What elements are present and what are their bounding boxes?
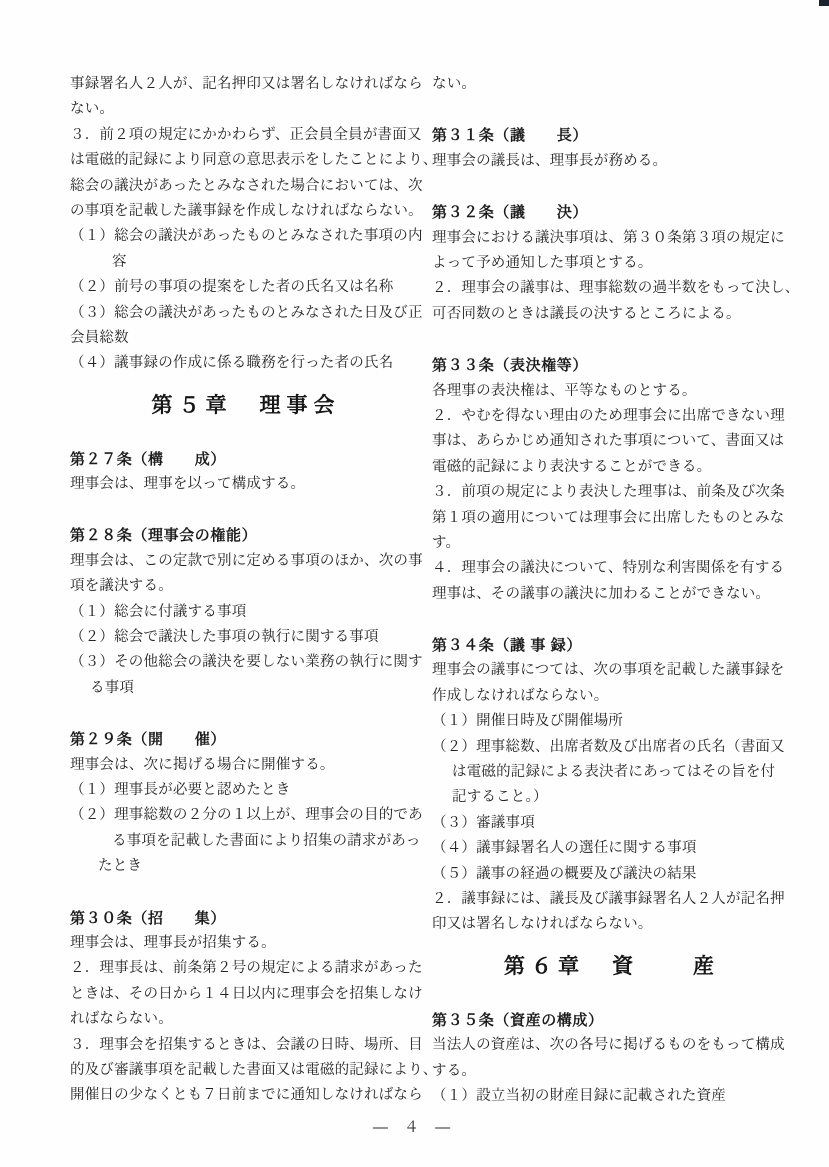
text-line: 可否同数のときは議長の決するところによる。	[432, 302, 792, 327]
text-line: （３）総会の議決があったものとみなされた日及び正	[70, 301, 422, 326]
text-line: 第１項の適用については理事会に出席したものとみな	[432, 506, 792, 531]
text-line: ２．やむを得ない理由のため理事会に出席できない理	[432, 404, 792, 429]
text-line: ３．前２項の規定にかかわらず、正会員全員が書面又	[70, 123, 422, 148]
text-line: 的及び審議事項を記載した書面又は電磁的記録により、	[70, 1058, 422, 1083]
article-heading: 第３０条（招 集）	[70, 906, 422, 931]
paragraph-block: 理事会は、理事長が招集する。２．理事長は、前条第２号の規定による請求があったとき…	[70, 931, 422, 1109]
text-line: （２）理事総数、出席者数及び出席者の氏名（書面又	[432, 735, 792, 760]
two-column-text-area: 事録署名人２人が、記名押印又は署名しなければならない。３．前２項の規定にかかわら…	[70, 72, 792, 1109]
paragraph-block: 理事会は、この定款で別に定める事項のほか、次の事項を議決する。（１）総会に付議す…	[70, 549, 422, 701]
text-line: は電磁的記録による表決者にあってはその旨を付	[432, 760, 792, 785]
text-line: ４．理事会の議決について、特別な利害関係を有する	[432, 556, 792, 581]
text-line: （１）理事長が必要と認めたとき	[70, 778, 422, 803]
document-page: 事録署名人２人が、記名押印又は署名しなければならない。３．前２項の規定にかかわら…	[0, 0, 829, 1167]
text-line: 記すること。）	[432, 785, 792, 810]
text-line: ない。	[70, 97, 422, 122]
text-line: 当法人の資産は、次の各号に掲げるものをもって構成	[432, 1033, 792, 1058]
text-line: ２．理事長は、前条第２号の規定による請求があった	[70, 956, 422, 981]
paragraph-block: 事録署名人２人が、記名押印又は署名しなければならない。３．前２項の規定にかかわら…	[70, 72, 422, 377]
right-column: ない。第３１条（議 長）理事会の議長は、理事長が務める。第３２条（議 決）理事会…	[432, 72, 792, 1109]
text-line: 項を議決する。	[70, 574, 422, 599]
text-line: する。	[432, 1059, 792, 1084]
text-line: 理事会における議決事項は、第３０条第３項の規定に	[432, 226, 792, 251]
text-line: 理事会は、理事を以って構成する。	[70, 472, 422, 497]
article-heading: 第２９条（開 催）	[70, 727, 422, 752]
text-line: たとき	[70, 854, 422, 879]
text-line: す。	[432, 531, 792, 556]
text-line: ときは、その日から１４日以内に理事会を招集しなけ	[70, 982, 422, 1007]
paragraph-block: 理事会の議長は、理事長が務める。	[432, 149, 792, 174]
text-line: 事は、あらかじめ通知された事項について、書面又は	[432, 429, 792, 454]
article-heading: 第３４条（議 事 録）	[432, 633, 792, 658]
text-line: 理事は、その議事の議決に加わることができない。	[432, 582, 792, 607]
text-line: ３．前項の規定により表決した理事は、前条及び次条	[432, 480, 792, 505]
chapter-heading: 第６章 資 産	[432, 952, 792, 982]
text-line: ２．理事会の議事は、理事総数の過半数をもって決し、	[432, 276, 792, 301]
left-column: 事録署名人２人が、記名押印又は署名しなければならない。３．前２項の規定にかかわら…	[70, 72, 422, 1109]
text-line: 理事会は、この定款で別に定める事項のほか、次の事	[70, 549, 422, 574]
text-line: （２）理事総数の２分の１以上が、理事会の目的であ	[70, 803, 422, 828]
text-line: （４）議事録の作成に係る職務を行った者の氏名	[70, 351, 422, 376]
chapter-heading: 第５章 理事会	[70, 391, 422, 421]
text-line: （２）総会で議決した事項の執行に関する事項	[70, 625, 422, 650]
text-line: 事録署名人２人が、記名押印又は署名しなければなら	[70, 72, 422, 97]
text-line: ない。	[432, 72, 792, 97]
article-heading: 第３１条（議 長）	[432, 123, 792, 148]
scan-corner-artifact	[819, 0, 829, 6]
page-number: ― ４ ―	[0, 1116, 829, 1137]
article-heading: 第３２条（議 決）	[432, 200, 792, 225]
paragraph-block: 理事会の議事につては、次の事項を記載した議事録を作成しなければならない。（１）開…	[432, 658, 792, 937]
text-line: 会員総数	[70, 326, 422, 351]
text-line: 理事会の議事につては、次の事項を記載した議事録を	[432, 658, 792, 683]
text-line: （３）その他総会の議決を要しない業務の執行に関す	[70, 650, 422, 675]
text-line: の事項を記載した議事録を作成しなければならない。	[70, 199, 422, 224]
article-heading: 第２８条（理事会の権能）	[70, 523, 422, 548]
text-line: 総会の議決があったとみなされた場合においては、次	[70, 174, 422, 199]
text-line: ればならない。	[70, 1007, 422, 1032]
text-line: は電磁的記録により同意の意思表示をしたことにより、	[70, 148, 422, 173]
paragraph-block: 理事会は、理事を以って構成する。	[70, 472, 422, 497]
text-line: 電磁的記録により表決することができる。	[432, 455, 792, 480]
text-line: 容	[70, 250, 422, 275]
text-line: よって予め通知した事項とする。	[432, 251, 792, 276]
text-line: ３．理事会を招集するときは、会議の日時、場所、目	[70, 1033, 422, 1058]
text-line: （１）総会の議決があったものとみなされた事項の内	[70, 224, 422, 249]
text-line: 各理事の表決権は、平等なものとする。	[432, 379, 792, 404]
text-line: （１）設立当初の財産目録に記載された資産	[432, 1084, 792, 1109]
text-line: る事項	[70, 676, 422, 701]
text-line: 理事会の議長は、理事長が務める。	[432, 149, 792, 174]
text-line: （４）議事録署名人の選任に関する事項	[432, 836, 792, 861]
text-line: る事項を記載した書面により招集の請求があっ	[70, 829, 422, 854]
text-line: ２．議事録には、議長及び議事録署名人２人が記名押	[432, 887, 792, 912]
paragraph-block: 当法人の資産は、次の各号に掲げるものをもって構成する。（１）設立当初の財産目録に…	[432, 1033, 792, 1109]
article-heading: 第３５条（資産の構成）	[432, 1008, 792, 1033]
text-line: 理事会は、理事長が招集する。	[70, 931, 422, 956]
text-line: （１）開催日時及び開催場所	[432, 709, 792, 734]
article-heading: 第２７条（構 成）	[70, 447, 422, 472]
text-line: 理事会は、次に掲げる場合に開催する。	[70, 753, 422, 778]
paragraph-block: 理事会における議決事項は、第３０条第３項の規定によって予め通知した事項とする。２…	[432, 226, 792, 328]
paragraph-block: 理事会は、次に掲げる場合に開催する。（１）理事長が必要と認めたとき（２）理事総数…	[70, 753, 422, 880]
text-line: 開催日の少なくとも７日前までに通知しなければなら	[70, 1083, 422, 1108]
text-line: （２）前号の事項の提案をした者の氏名又は名称	[70, 275, 422, 300]
text-line: 作成しなければならない。	[432, 684, 792, 709]
article-heading: 第３３条（表決権等）	[432, 353, 792, 378]
text-line: （１）総会に付議する事項	[70, 600, 422, 625]
text-line: 印又は署名しなければならない。	[432, 912, 792, 937]
text-line: （５）議事の経過の概要及び議決の結果	[432, 862, 792, 887]
text-line: （３）審議事項	[432, 811, 792, 836]
paragraph-block: 各理事の表決権は、平等なものとする。２．やむを得ない理由のため理事会に出席できな…	[432, 379, 792, 608]
paragraph-block: ない。	[432, 72, 792, 97]
